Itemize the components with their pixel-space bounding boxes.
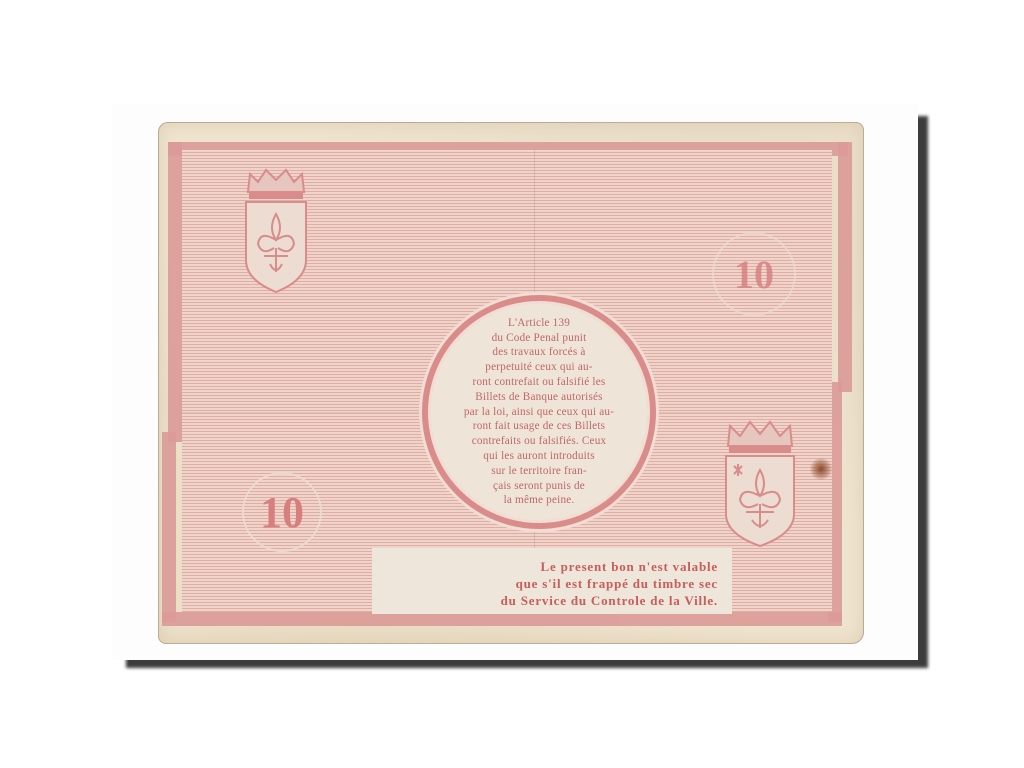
denomination-label: 10 [260,487,304,538]
legal-line: des travaux forcés à [444,345,634,360]
legal-line: perpetuité ceux qui au- [444,360,634,375]
legal-line: contrefaits ou falsifiés. Ceux [444,434,634,449]
notice-line: Le present bon n'est valable [372,558,718,575]
validity-notice: Le present bon n'est valable que s'il es… [372,548,732,614]
banknote: 10 L'Article 139du Code Penal punitdes t… [158,122,864,644]
coat-of-arms-icon [720,416,800,548]
legal-line: Billets de Banque autorisés [444,390,634,405]
coat-of-arms-icon [240,164,312,296]
legal-line: la même peine. [444,493,634,508]
rust-stain [810,458,832,480]
guilloche-field: 10 L'Article 139du Code Penal punitdes t… [182,150,832,612]
denomination-label: 10 [734,251,774,298]
legal-line: ront contrefait ou falsifié les [444,375,634,390]
legal-line: sur le territoire fran- [444,464,634,479]
legal-line: L'Article 139 [444,316,634,331]
legal-line: ront fait usage de ces Billets [444,419,634,434]
denomination-medallion: 10 [242,472,322,552]
legal-line: par la loi, ainsi que ceux qui au- [444,405,634,420]
legal-line: çais seront punis de [444,479,634,494]
legal-line: qui les auront introduits [444,449,634,464]
legal-line: du Code Penal punit [444,331,634,346]
notice-line: du Service du Controle de la Ville. [372,592,718,609]
legal-warning-roundel: L'Article 139du Code Penal punitdes trav… [422,295,656,529]
legal-warning-text: L'Article 139du Code Penal punitdes trav… [444,316,634,508]
notice-line: que s'il est frappé du timbre sec [372,575,718,592]
denomination-medallion: 10 [712,232,796,316]
